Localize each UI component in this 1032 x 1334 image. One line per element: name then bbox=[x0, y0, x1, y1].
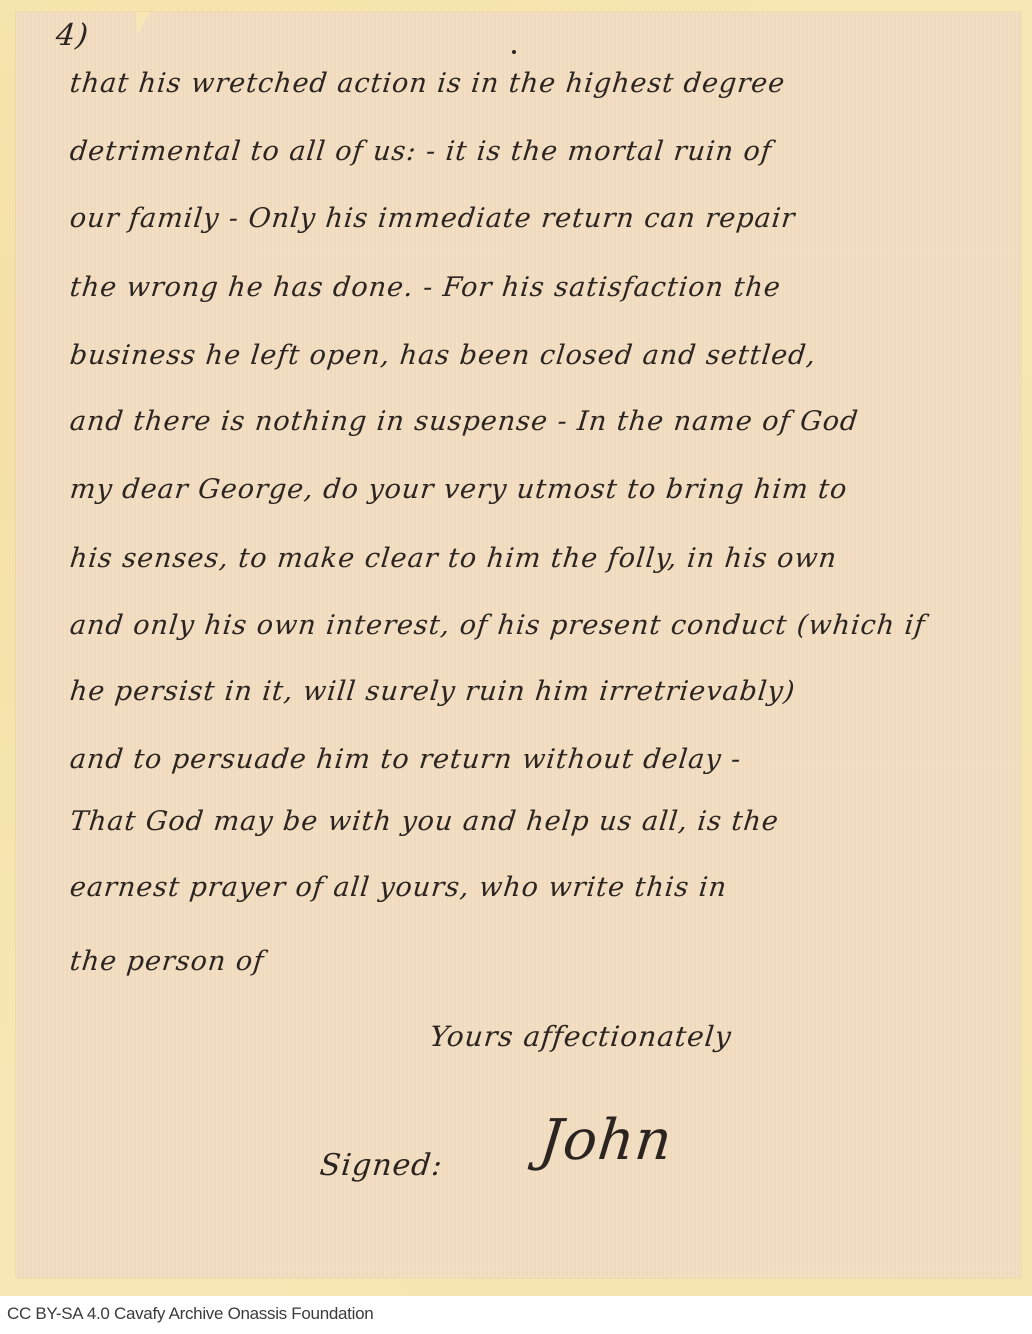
letter-line-7: my dear George, do your very utmost to b… bbox=[68, 474, 849, 505]
letter-line-12: That God may be with you and help us all… bbox=[68, 806, 780, 837]
signed-label: Signed: bbox=[318, 1148, 444, 1183]
letter-line-11: and to persuade him to return without de… bbox=[68, 744, 743, 775]
footer-bar: CC BY-SA 4.0 Cavafy Archive Onassis Foun… bbox=[0, 1296, 1032, 1334]
closing-salutation: Yours affectionately bbox=[428, 1020, 733, 1053]
scan-background: 4) that his wretched action is in the hi… bbox=[0, 0, 1032, 1296]
letter-line-10: he persist in it, will surely ruin him i… bbox=[68, 676, 797, 707]
letter-line-6: and there is nothing in suspense - In th… bbox=[68, 406, 860, 437]
ink-dot bbox=[512, 50, 516, 54]
letter-line-8: his senses, to make clear to him the fol… bbox=[68, 543, 838, 574]
letter-line-1: that his wretched action is in the highe… bbox=[68, 68, 786, 99]
letter-line-4: the wrong he has done. - For his satisfa… bbox=[68, 272, 782, 303]
letter-line-14: the person of bbox=[68, 946, 266, 977]
signature: John bbox=[537, 1108, 676, 1173]
page-number: 4) bbox=[54, 18, 90, 53]
letter-line-9: and only his own interest, of his presen… bbox=[68, 610, 927, 641]
letter-line-3: our family - Only his immediate return c… bbox=[68, 203, 797, 234]
license-credit: CC BY-SA 4.0 Cavafy Archive Onassis Foun… bbox=[7, 1304, 373, 1324]
letter-line-2: detrimental to all of us: - it is the mo… bbox=[68, 136, 773, 167]
letter-page bbox=[16, 12, 1021, 1278]
letter-line-5: business he left open, has been closed a… bbox=[68, 340, 817, 371]
letter-line-13: earnest prayer of all yours, who write t… bbox=[68, 872, 728, 903]
